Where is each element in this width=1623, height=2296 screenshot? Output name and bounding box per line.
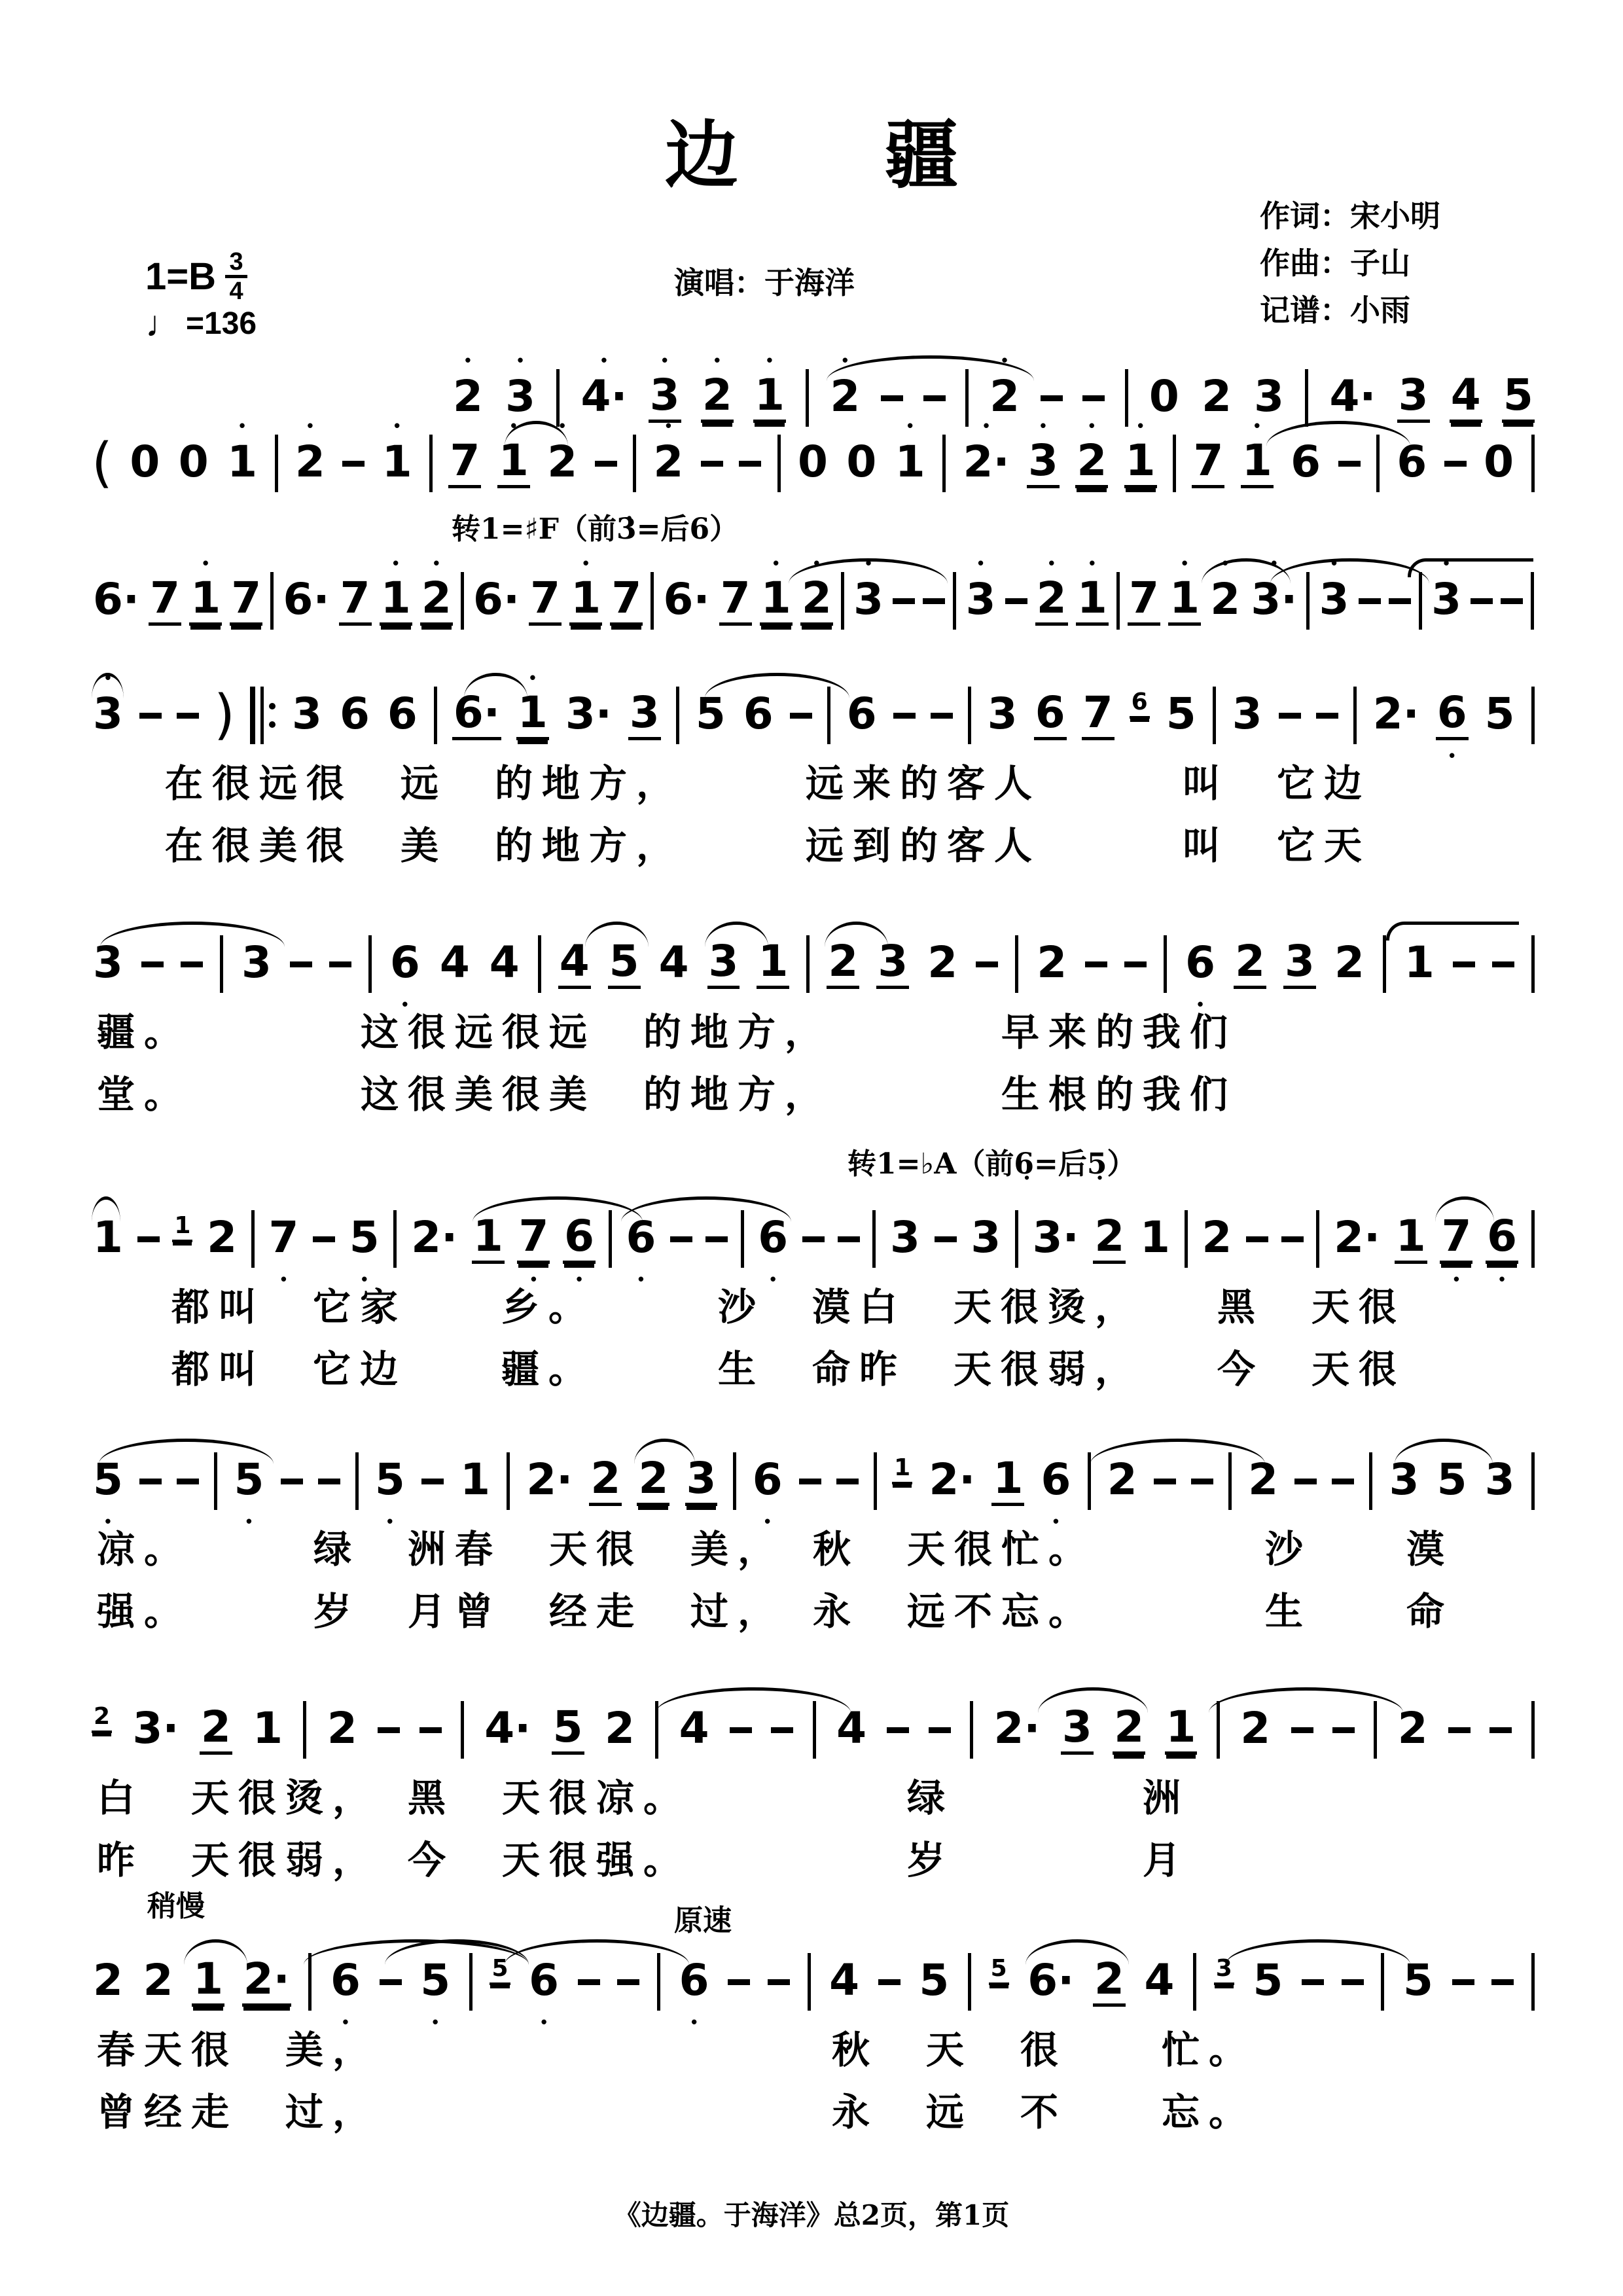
dash-note bbox=[139, 669, 162, 766]
dash-note bbox=[313, 1193, 335, 1289]
token-main: 5 bbox=[552, 1703, 584, 1757]
note-digit: 5 bbox=[1402, 1959, 1435, 2005]
token-main bbox=[368, 937, 372, 991]
token-main: 2 bbox=[1333, 937, 1366, 991]
music-note: 1 bbox=[459, 1435, 491, 1532]
note-digit: 6 bbox=[329, 1959, 362, 2005]
barline-mark bbox=[633, 435, 636, 492]
token-main bbox=[1448, 1703, 1471, 1757]
lyrics-line: 强。 岁 月曾 经走 过， 永 远不忘。 生 命 bbox=[97, 1581, 1454, 1636]
barline-mark bbox=[251, 1210, 255, 1268]
token-main: 6· bbox=[662, 574, 711, 628]
music-note: 6 bbox=[1395, 417, 1428, 514]
token-main: 2· bbox=[962, 437, 1011, 490]
token-main bbox=[281, 1454, 303, 1508]
note-digit: 1 bbox=[1403, 941, 1436, 987]
token-main: 2· bbox=[927, 1454, 976, 1508]
note-digit: 2· bbox=[1372, 692, 1421, 738]
token-main: 7 bbox=[610, 574, 643, 628]
token-main bbox=[1294, 1454, 1317, 1508]
note-digit: 2 bbox=[326, 1707, 359, 1753]
note-digit: 6 bbox=[386, 692, 419, 738]
music-note: 0 bbox=[845, 417, 878, 514]
dash-mark bbox=[139, 1479, 162, 1484]
dash-mark bbox=[141, 961, 164, 967]
dash-note bbox=[329, 918, 351, 1014]
music-note: 3 bbox=[1283, 918, 1316, 1014]
token-main: 4 bbox=[438, 937, 471, 991]
barline bbox=[429, 417, 433, 514]
token-main: 6 bbox=[751, 1454, 784, 1508]
transcriber-credit: 记谱：小雨 bbox=[1260, 287, 1440, 334]
music-note: 6• bbox=[1184, 918, 1217, 1014]
token-main bbox=[538, 937, 541, 991]
token-main bbox=[461, 574, 464, 628]
note-digit: 1 bbox=[894, 440, 927, 486]
music-note: 2 bbox=[603, 1683, 636, 1780]
barline-mark bbox=[368, 935, 372, 993]
barline bbox=[1164, 918, 1167, 1014]
token-main: 1 bbox=[1395, 1212, 1427, 1266]
dash-note bbox=[929, 1683, 951, 1780]
dash-note bbox=[378, 1683, 400, 1780]
token-main bbox=[970, 1703, 973, 1757]
music-note: 7 bbox=[149, 554, 181, 651]
note-digit: 2 bbox=[652, 440, 685, 486]
note-digit: 1 bbox=[1168, 577, 1201, 626]
token-main bbox=[968, 689, 971, 742]
octave-dots-above: • bbox=[1254, 417, 1260, 437]
note-digit: 4 bbox=[488, 941, 521, 987]
dash-mark bbox=[177, 1479, 199, 1484]
note-digit: 7 bbox=[149, 577, 181, 626]
note-digit: 2 bbox=[92, 1959, 124, 2005]
music-note: 2 bbox=[1093, 1193, 1126, 1289]
token-main: 5 bbox=[918, 1955, 950, 2009]
octave-dots-above: • bbox=[978, 554, 984, 574]
token-main bbox=[953, 574, 956, 628]
dash-mark bbox=[378, 1727, 400, 1733]
note-digit: 1 bbox=[1165, 1706, 1198, 1755]
time-numerator: 3 bbox=[229, 249, 243, 275]
token-main bbox=[838, 1212, 860, 1266]
note-digit: 4 bbox=[1450, 374, 1482, 423]
token-main: 2 bbox=[294, 437, 327, 490]
token-main bbox=[461, 1703, 464, 1757]
note-digit: 2 bbox=[452, 375, 484, 421]
music-note: 2 bbox=[589, 1435, 622, 1532]
token-main bbox=[976, 937, 998, 991]
token-main: 1 bbox=[1165, 1703, 1198, 1757]
music-note: 2 bbox=[92, 1935, 124, 2032]
note-digit: 3 bbox=[852, 578, 885, 624]
note-digit: 2 bbox=[988, 375, 1021, 421]
token-main bbox=[1531, 574, 1534, 628]
token-main bbox=[968, 1955, 971, 2009]
barline bbox=[968, 1935, 971, 2032]
note-digit: 3 bbox=[1253, 375, 1285, 421]
token-main bbox=[303, 1703, 306, 1757]
barline bbox=[806, 918, 810, 1014]
music-note: •1 bbox=[1124, 417, 1157, 514]
dash-note bbox=[421, 1435, 444, 1532]
barline bbox=[874, 1435, 877, 1532]
note-digit: 3· bbox=[1031, 1216, 1080, 1262]
quarter-note-icon: ♩ bbox=[145, 302, 182, 345]
dash-mark bbox=[139, 713, 162, 719]
music-note: 3 bbox=[1484, 1435, 1516, 1532]
note-digit: 2 bbox=[1234, 940, 1266, 989]
token-main: 3 bbox=[1231, 689, 1264, 742]
token-main: 7 bbox=[267, 1212, 300, 1266]
music-note: 2· bbox=[1372, 669, 1421, 766]
barline bbox=[1353, 669, 1357, 766]
token-main: 2 bbox=[92, 1703, 112, 1757]
token-main: 7 bbox=[529, 574, 562, 628]
note-digit: 1 bbox=[569, 577, 602, 626]
token-main: 4 bbox=[828, 1955, 861, 2009]
token-main: 2 bbox=[142, 1955, 175, 2009]
note-digit: 6 bbox=[678, 1959, 711, 2005]
barline bbox=[1116, 554, 1120, 651]
music-line: 6·7•176·7•1•26·7•176·7•1•2•3•3•2•17•1•2•… bbox=[92, 560, 1535, 651]
note-digit: 1 bbox=[189, 577, 222, 626]
token-main bbox=[429, 437, 433, 490]
token-main bbox=[329, 937, 351, 991]
note-digit: 3 bbox=[1430, 578, 1463, 624]
music-note: 1 bbox=[991, 1435, 1024, 1532]
barline bbox=[777, 417, 781, 514]
note-digit: 5 bbox=[1251, 1959, 1284, 2005]
note-digit: 5 bbox=[918, 1959, 950, 2005]
parenthesis: ( bbox=[92, 417, 113, 514]
barline bbox=[251, 1193, 255, 1289]
barline-mark bbox=[1531, 572, 1534, 630]
note-digit: 1 bbox=[1395, 1215, 1427, 1264]
barline bbox=[942, 417, 946, 514]
dash-mark bbox=[1491, 1979, 1514, 1985]
note-digit: 3 bbox=[1231, 692, 1264, 738]
dash-mark bbox=[923, 598, 945, 604]
token-main bbox=[1124, 937, 1147, 991]
dash-note bbox=[137, 1193, 160, 1289]
music-note: 7 bbox=[529, 554, 562, 651]
music-note: 2 bbox=[926, 918, 959, 1014]
barline-mark bbox=[651, 572, 654, 630]
note-digit: 2· bbox=[410, 1216, 459, 1262]
barline bbox=[1531, 417, 1535, 514]
sheet-page: { "header": { "title": "边 疆", "singer": … bbox=[0, 0, 1623, 2296]
key-change-label: 转1=♭A（前6̣=后5̣） bbox=[847, 1140, 1135, 1182]
music-note: 3· bbox=[564, 669, 613, 766]
barline-mark bbox=[1185, 1210, 1188, 1268]
token-main: 2 bbox=[200, 1703, 232, 1757]
barline-mark bbox=[1316, 1210, 1319, 1268]
barline bbox=[461, 1683, 464, 1780]
dash-mark bbox=[1444, 461, 1467, 467]
slur-arc bbox=[1386, 922, 1519, 941]
note-digit: 5 bbox=[348, 1216, 381, 1262]
token-main bbox=[802, 1212, 825, 1266]
music-note: 4 bbox=[488, 918, 521, 1014]
token-main: 2 bbox=[926, 937, 959, 991]
barline-mark bbox=[1531, 1452, 1535, 1510]
token-main: 2· bbox=[242, 1955, 291, 2009]
music-note: •2 bbox=[1035, 554, 1068, 651]
barline-mark bbox=[953, 572, 956, 630]
octave-dots-above: • bbox=[601, 351, 607, 371]
note-digit: 2 bbox=[1093, 1215, 1126, 1264]
token-main: 2 bbox=[1234, 937, 1266, 991]
token-main bbox=[739, 437, 761, 490]
token-main: 7 bbox=[1082, 689, 1115, 742]
note-digit: 7 bbox=[610, 577, 643, 626]
octave-dots-above: • bbox=[1040, 417, 1046, 437]
token-main: 2· bbox=[993, 1703, 1042, 1757]
grace-digit: 2 bbox=[92, 1703, 112, 1733]
token-main: 1 bbox=[189, 574, 222, 628]
token-main: 6 bbox=[1034, 689, 1067, 742]
dash-mark bbox=[1359, 598, 1381, 604]
note-digit: 2 bbox=[1239, 1707, 1272, 1753]
token-main: 3 bbox=[986, 689, 1019, 742]
dash-mark bbox=[838, 1236, 860, 1242]
token-main bbox=[139, 689, 162, 742]
lyrics-line: 疆。 这很远很远 的地方， 早来的我们 bbox=[97, 1001, 1237, 1056]
token-main: 1 bbox=[381, 437, 414, 490]
token-main: 3 bbox=[969, 1212, 1002, 1266]
barline-mark bbox=[1116, 572, 1120, 630]
token-main: 1 bbox=[226, 437, 259, 490]
note-digit: 4· bbox=[579, 375, 628, 421]
dash-note bbox=[1279, 669, 1301, 766]
dash-mark bbox=[1332, 1727, 1355, 1733]
music-line: 23·2124·52442·32122 bbox=[92, 1689, 1535, 1780]
music-note: 2· bbox=[525, 1435, 574, 1532]
music-note: 3 bbox=[628, 669, 661, 766]
note-digit: 1 bbox=[226, 440, 259, 486]
token-main: 6 bbox=[1436, 689, 1469, 742]
note-digit: 0 bbox=[128, 440, 161, 486]
note-digit: 2 bbox=[1200, 1216, 1233, 1262]
note-digit: 6 bbox=[846, 692, 878, 738]
music-note: 2 bbox=[142, 1935, 175, 2032]
token-main: 1 bbox=[894, 437, 927, 490]
dash-note bbox=[1246, 1193, 1268, 1289]
music-note: 3 bbox=[1231, 669, 1264, 766]
music-line: 2212·6•5•56•6•4556·24355 bbox=[92, 1941, 1535, 2032]
barline-mark bbox=[461, 572, 464, 630]
dash-mark bbox=[836, 1479, 859, 1484]
token-main: 5 bbox=[989, 1955, 1009, 2009]
token-main: 1 bbox=[892, 1454, 912, 1508]
dash-mark bbox=[342, 461, 365, 467]
barline-mark bbox=[434, 687, 437, 744]
token-main bbox=[1213, 689, 1216, 742]
token-main: 3 bbox=[628, 689, 661, 742]
dash-mark bbox=[419, 1727, 442, 1733]
dash-mark bbox=[1279, 713, 1301, 719]
dash-mark bbox=[290, 961, 312, 967]
music-note: 2· bbox=[410, 1193, 459, 1289]
note-digit: 6· bbox=[282, 578, 331, 624]
note-digit: 3 bbox=[291, 692, 323, 738]
time-denominator: 4 bbox=[229, 278, 243, 304]
token-main: 6 bbox=[846, 689, 878, 742]
time-signature: 3 4 bbox=[225, 249, 247, 304]
note-digit: 4 bbox=[835, 1707, 868, 1753]
dash-mark bbox=[893, 713, 916, 719]
barline-mark bbox=[393, 1210, 397, 1268]
dash-mark bbox=[1291, 1727, 1313, 1733]
note-digit: 2 bbox=[142, 1959, 175, 2005]
paren-glyph: ) bbox=[214, 692, 235, 738]
dash-note bbox=[1444, 417, 1467, 514]
token-main bbox=[1501, 574, 1523, 628]
note-digit: 2 bbox=[1397, 1707, 1429, 1753]
music-note: 4 bbox=[835, 1683, 868, 1780]
note-digit: 3 bbox=[965, 578, 997, 624]
token-main: 2 bbox=[1035, 937, 1068, 991]
music-note: 5 bbox=[552, 1683, 584, 1780]
octave-dots-above: • bbox=[307, 417, 313, 437]
token-main bbox=[355, 1454, 359, 1508]
token-main bbox=[887, 1703, 909, 1757]
note-digit: 1 bbox=[380, 577, 412, 626]
dash-mark bbox=[329, 961, 351, 967]
barline bbox=[275, 417, 278, 514]
dash-mark bbox=[1338, 461, 1361, 467]
barline-mark bbox=[676, 687, 679, 744]
music-note: 6· bbox=[662, 554, 711, 651]
token-main: 1 bbox=[569, 574, 602, 628]
note-digit: 3 bbox=[969, 1216, 1002, 1262]
repeat-dots bbox=[269, 703, 276, 728]
music-note: 4 bbox=[828, 1935, 861, 2032]
note-digit: 7 bbox=[267, 1216, 300, 1262]
barline-mark bbox=[1213, 687, 1216, 744]
token-main: 6 bbox=[338, 689, 371, 742]
dash-mark bbox=[1041, 395, 1063, 401]
token-main: 2· bbox=[525, 1454, 574, 1508]
token-main: 2 bbox=[1200, 1212, 1233, 1266]
note-digit: 7 bbox=[719, 577, 752, 626]
dash-mark bbox=[1005, 598, 1027, 604]
dash-mark bbox=[878, 1979, 901, 1985]
token-main: 7 bbox=[448, 437, 481, 490]
music-note: 7 bbox=[448, 417, 481, 514]
token-main bbox=[313, 1212, 335, 1266]
barline bbox=[355, 1435, 359, 1532]
token-main bbox=[929, 1703, 951, 1757]
dash-mark bbox=[771, 1727, 793, 1733]
dash-note bbox=[838, 1193, 860, 1289]
octave-dots-above: • bbox=[433, 554, 439, 574]
music-note: 7 bbox=[1082, 669, 1115, 766]
barline-mark bbox=[507, 1452, 510, 1510]
dash-mark bbox=[1453, 961, 1475, 967]
note-digit: 2 bbox=[1200, 375, 1233, 421]
note-digit: 3 bbox=[1388, 1458, 1421, 1504]
token-main bbox=[806, 937, 810, 991]
barline bbox=[1015, 918, 1018, 1014]
token-main: 2 bbox=[603, 1703, 636, 1757]
lyrics-line: 都叫 它家 乡。 沙 漠白 天很烫， 黑 天很 bbox=[171, 1276, 1406, 1331]
token-main: 2· bbox=[1332, 1212, 1382, 1266]
barline bbox=[1088, 1435, 1091, 1532]
note-digit: 4 bbox=[438, 941, 471, 987]
music-note: 4 bbox=[558, 918, 591, 1014]
dash-note bbox=[728, 1935, 750, 2032]
barline-mark bbox=[1383, 935, 1386, 993]
note-digit: 4 bbox=[1143, 1959, 1176, 2005]
barline bbox=[393, 1193, 397, 1289]
music-note: 2 bbox=[200, 1683, 232, 1780]
note-digit: 4· bbox=[1328, 375, 1377, 421]
dash-mark bbox=[1448, 1727, 1471, 1733]
dash-mark bbox=[1501, 598, 1523, 604]
token-main bbox=[1531, 1703, 1535, 1757]
note-digit: 3· bbox=[1249, 578, 1298, 624]
token-main: 5 bbox=[1165, 689, 1198, 742]
token-main bbox=[676, 689, 679, 742]
token-main: ) bbox=[214, 689, 235, 742]
token-main bbox=[935, 1212, 957, 1266]
octave-dots-above: • bbox=[1089, 554, 1095, 574]
music-note: 1 bbox=[1139, 1193, 1171, 1289]
barline bbox=[676, 669, 679, 766]
singer-credit: 演唱：于海洋 bbox=[674, 259, 855, 302]
token-main: 7 bbox=[1192, 437, 1224, 490]
music-note: 3 bbox=[986, 669, 1019, 766]
dash-mark bbox=[929, 1727, 951, 1733]
note-digit: 3· bbox=[131, 1707, 180, 1753]
music-note: •2· bbox=[962, 417, 1011, 514]
music-note: 5• bbox=[348, 1193, 381, 1289]
note-digit: 2 bbox=[1333, 941, 1366, 987]
note-digit: 2 bbox=[1035, 941, 1068, 987]
music-note: 6• bbox=[678, 1935, 711, 2032]
barline bbox=[1531, 918, 1535, 1014]
barline bbox=[1316, 1193, 1319, 1289]
token-main: 7 bbox=[230, 574, 262, 628]
token-main bbox=[733, 1454, 736, 1508]
dash-mark bbox=[1492, 961, 1514, 967]
music-note: •1 bbox=[569, 554, 602, 651]
note-digit: 3 bbox=[1318, 578, 1351, 624]
slur-arc bbox=[1408, 558, 1533, 577]
token-main: 2 bbox=[420, 574, 453, 628]
note-digit: 2 bbox=[701, 374, 734, 423]
note-digit: 2 bbox=[205, 1216, 238, 1262]
token-main: 2 bbox=[589, 1454, 622, 1508]
token-main bbox=[434, 689, 437, 742]
token-main bbox=[1015, 1212, 1018, 1266]
barline bbox=[1015, 1193, 1018, 1289]
token-main bbox=[651, 574, 654, 628]
dash-mark bbox=[802, 1236, 825, 1242]
barline bbox=[368, 918, 372, 1014]
octave-dots-above: • bbox=[1048, 554, 1054, 574]
token-main bbox=[419, 1703, 442, 1757]
barline bbox=[538, 918, 541, 1014]
note-digit: 2· bbox=[525, 1458, 574, 1504]
barline bbox=[970, 1683, 973, 1780]
dash-mark bbox=[705, 1236, 728, 1242]
music-note: 6· bbox=[472, 554, 521, 651]
note-digit: 1 bbox=[381, 440, 414, 486]
music-note: 5 bbox=[1165, 669, 1198, 766]
